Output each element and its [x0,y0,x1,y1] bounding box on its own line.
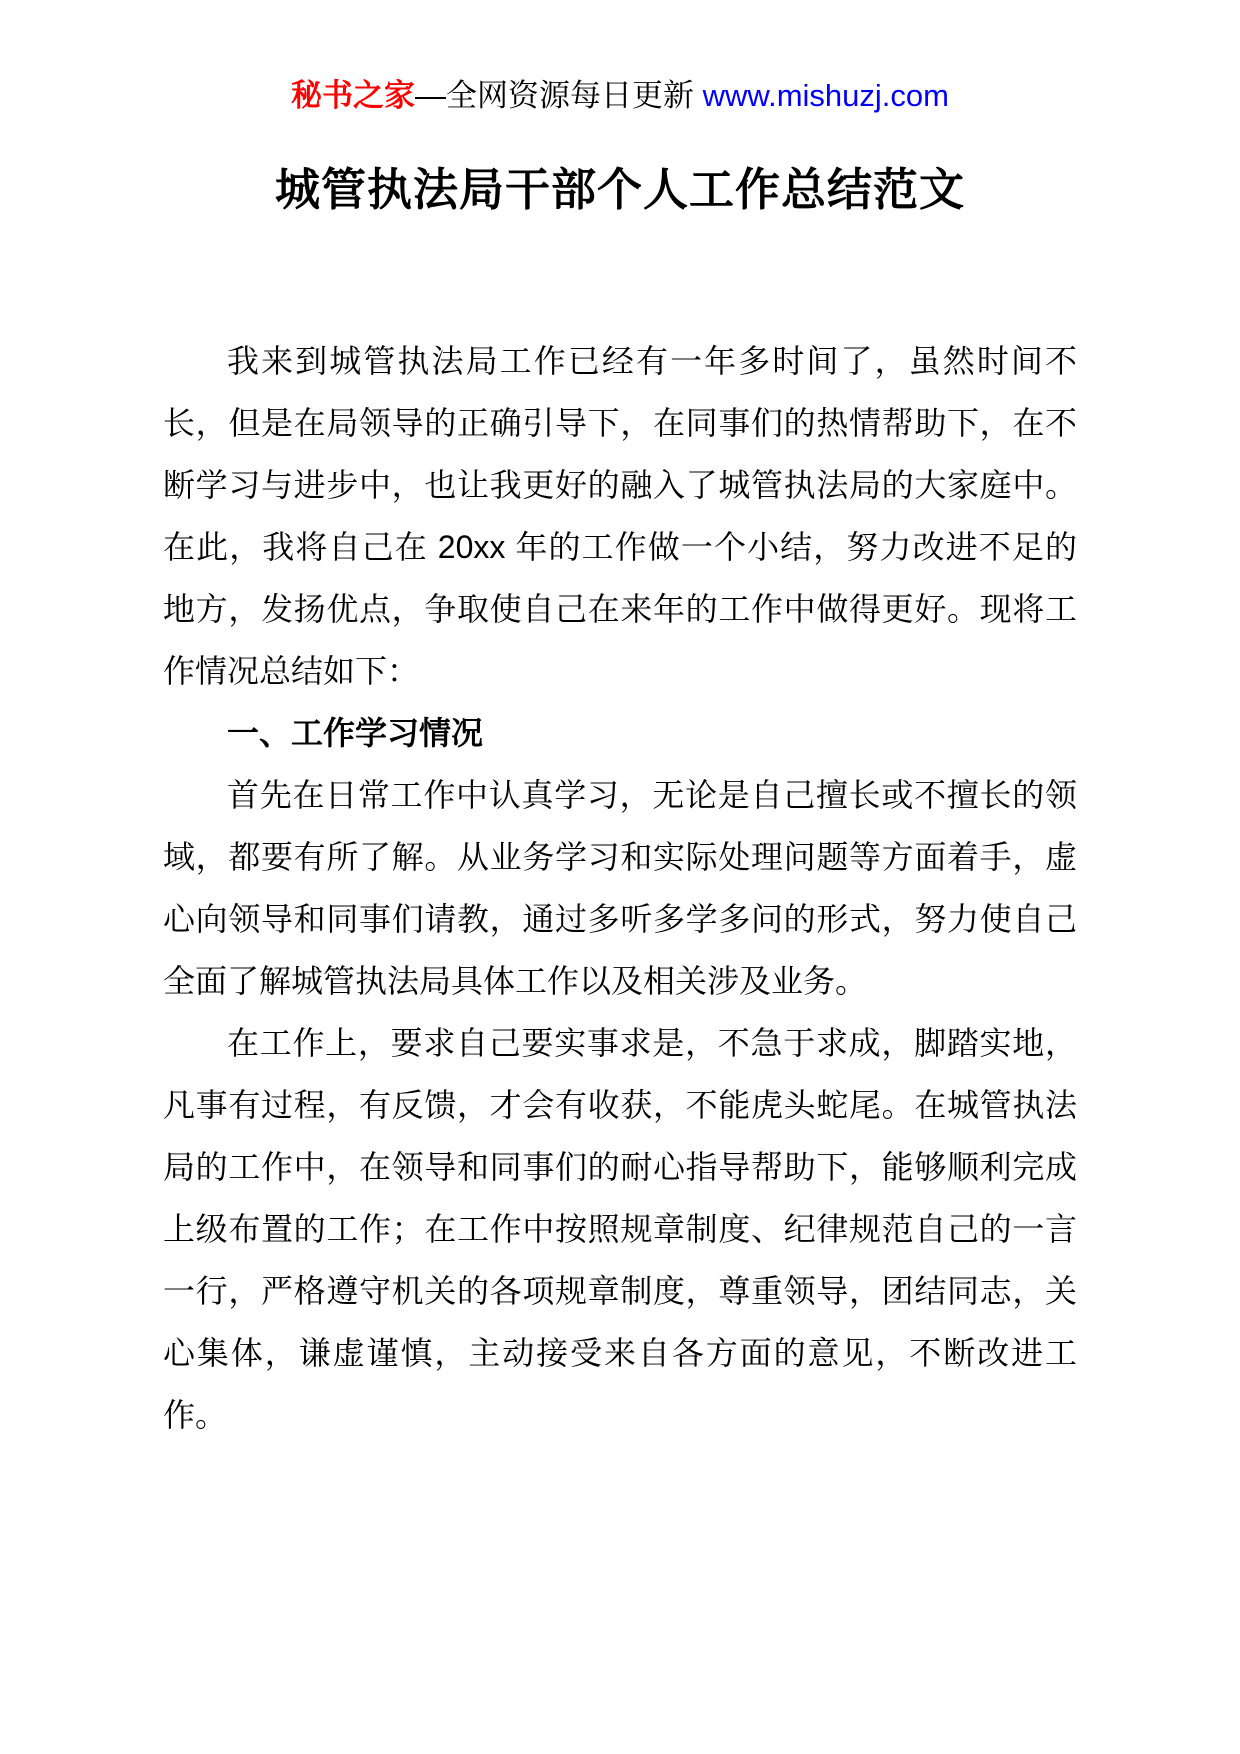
site-header: 秘书之家—全网资源每日更新 www.mishuzj.com [0,0,1240,116]
document-body: 我来到城管执法局工作已经有一年多时间了，虽然时间不长，但是在局领导的正确引导下，… [163,330,1077,1446]
document-page: 秘书之家—全网资源每日更新 www.mishuzj.com 城管执法局干部个人工… [0,0,1240,1754]
site-brand: 秘书之家 [291,78,415,113]
site-url-link[interactable]: www.mishuzj.com [703,78,949,113]
document-title: 城管执法局干部个人工作总结范文 [0,162,1240,218]
site-tagline: —全网资源每日更新 [415,78,703,113]
body-paragraph: 首先在日常工作中认真学习，无论是自己擅长或不擅长的领域，都要有所了解。从业务学习… [163,764,1077,1012]
body-paragraph: 在工作上，要求自己要实事求是，不急于求成，脚踏实地，凡事有过程，有反馈，才会有收… [163,1012,1077,1446]
section-heading: 一、工作学习情况 [163,702,1077,764]
body-paragraph: 我来到城管执法局工作已经有一年多时间了，虽然时间不长，但是在局领导的正确引导下，… [163,330,1077,702]
